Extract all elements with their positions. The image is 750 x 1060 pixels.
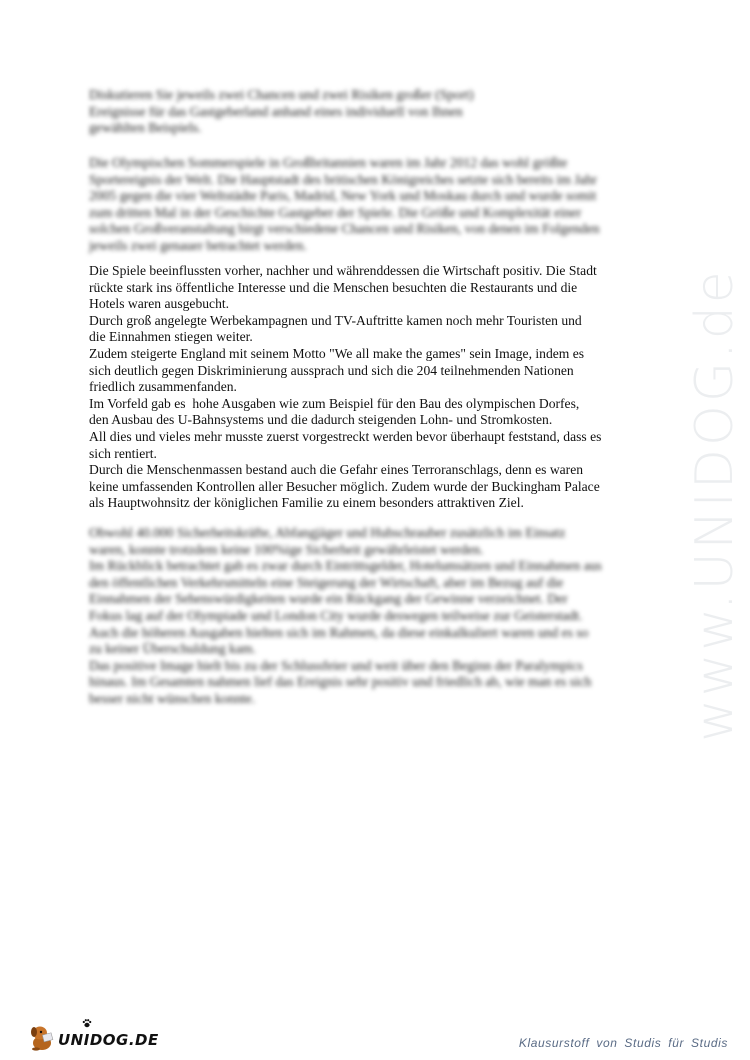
watermark-text: www.UNIDOG.de [685, 268, 745, 741]
body-line: Hotels waren ausgebucht. [89, 296, 689, 313]
body-line: Die Spiele beeinflussten vorher, nachher… [89, 263, 689, 280]
body-line: Zudem steigerte England mit seinem Motto… [89, 346, 689, 363]
outro-line: hinaus. Im Gesamten nahmen lief das Erei… [89, 674, 689, 691]
body-line: den Ausbau des U-Bahnsystems und die dad… [89, 412, 689, 429]
body-line: als Hauptwohnsitz der königlichen Famili… [89, 495, 689, 512]
outro-line: zu keiner Überschuldung kam. [89, 641, 689, 658]
body-line: keine umfassenden Kontrollen aller Besuc… [89, 479, 689, 496]
outro-line: Einnahmen der Sehenswürdigkeiten wurde e… [89, 591, 689, 608]
unidog-logo[interactable]: UNIDOG.DE [24, 1017, 154, 1053]
intro-line: Die Olympischen Sommerspiele in Großbrit… [89, 155, 689, 172]
prompt-line: Diskutieren Sie jeweils zwei Chancen und… [89, 87, 689, 104]
outro-line: den öffentlichen Verkehrsmitteln eine St… [89, 575, 689, 592]
logo-wordmark: UNIDOG.DE [58, 1031, 159, 1049]
body-line: Im Vorfeld gab es hohe Ausgaben wie zum … [89, 396, 689, 413]
intro-line: jeweils zwei genauer betrachtet werden. [89, 238, 689, 255]
outro-line: Fokus lag auf der Olympiade und London C… [89, 608, 689, 625]
outro-line: Obwohl 40.000 Sicherheitskräfte, Abfangj… [89, 525, 689, 542]
outro-line: Das positive Image hielt bis zu der Schl… [89, 658, 689, 675]
dog-mascot-icon [28, 1023, 54, 1051]
conclusion-paragraph: Obwohl 40.000 Sicherheitskräfte, Abfangj… [89, 525, 689, 708]
body-line: sich rentiert. [89, 446, 689, 463]
prompt-line: Ereignisse für das Gastgeberland anhand … [89, 104, 689, 121]
document-page: www.UNIDOG.de Diskutieren Sie jeweils zw… [0, 0, 750, 1060]
outro-line: Im Rückblick betrachtet gab es zwar durc… [89, 558, 689, 575]
body-line: Durch die Menschenmassen bestand auch di… [89, 462, 689, 479]
intro-line: 2005 gegen die vier Weltstädte Paris, Ma… [89, 188, 689, 205]
body-line: sich deutlich gegen Diskriminierung auss… [89, 363, 689, 380]
body-line: All dies und vieles mehr musste zuerst v… [89, 429, 689, 446]
intro-line: Sportereignis der Welt. Die Hauptstadt d… [89, 172, 689, 189]
body-text: Die Spiele beeinflussten vorher, nachher… [89, 263, 689, 512]
outro-line: waren, konnte trotzdem keine 100%ige Sic… [89, 542, 689, 559]
outro-line: Auch die höheren Ausgaben hielten sich i… [89, 625, 689, 642]
body-line: die Einnahmen stiegen weiter. [89, 329, 689, 346]
intro-paragraph: Die Olympischen Sommerspiele in Großbrit… [89, 155, 689, 255]
paw-print-icon [82, 1018, 92, 1028]
footer-slogan: Klausurstoff von Studis für Studis [519, 1036, 728, 1050]
body-line: friedlich zusammenfanden. [89, 379, 689, 396]
intro-line: solchen Großveranstaltung birgt verschie… [89, 221, 689, 238]
prompt-line: gewählten Beispiels. [89, 120, 689, 137]
intro-line: zum dritten Mal in der Geschichte Gastge… [89, 205, 689, 222]
body-line: rückte stark ins öffentliche Interesse u… [89, 280, 689, 297]
assignment-prompt: Diskutieren Sie jeweils zwei Chancen und… [89, 87, 689, 137]
outro-line: besser nicht wünschen konnte. [89, 691, 689, 708]
body-line: Durch groß angelegte Werbekampagnen und … [89, 313, 689, 330]
